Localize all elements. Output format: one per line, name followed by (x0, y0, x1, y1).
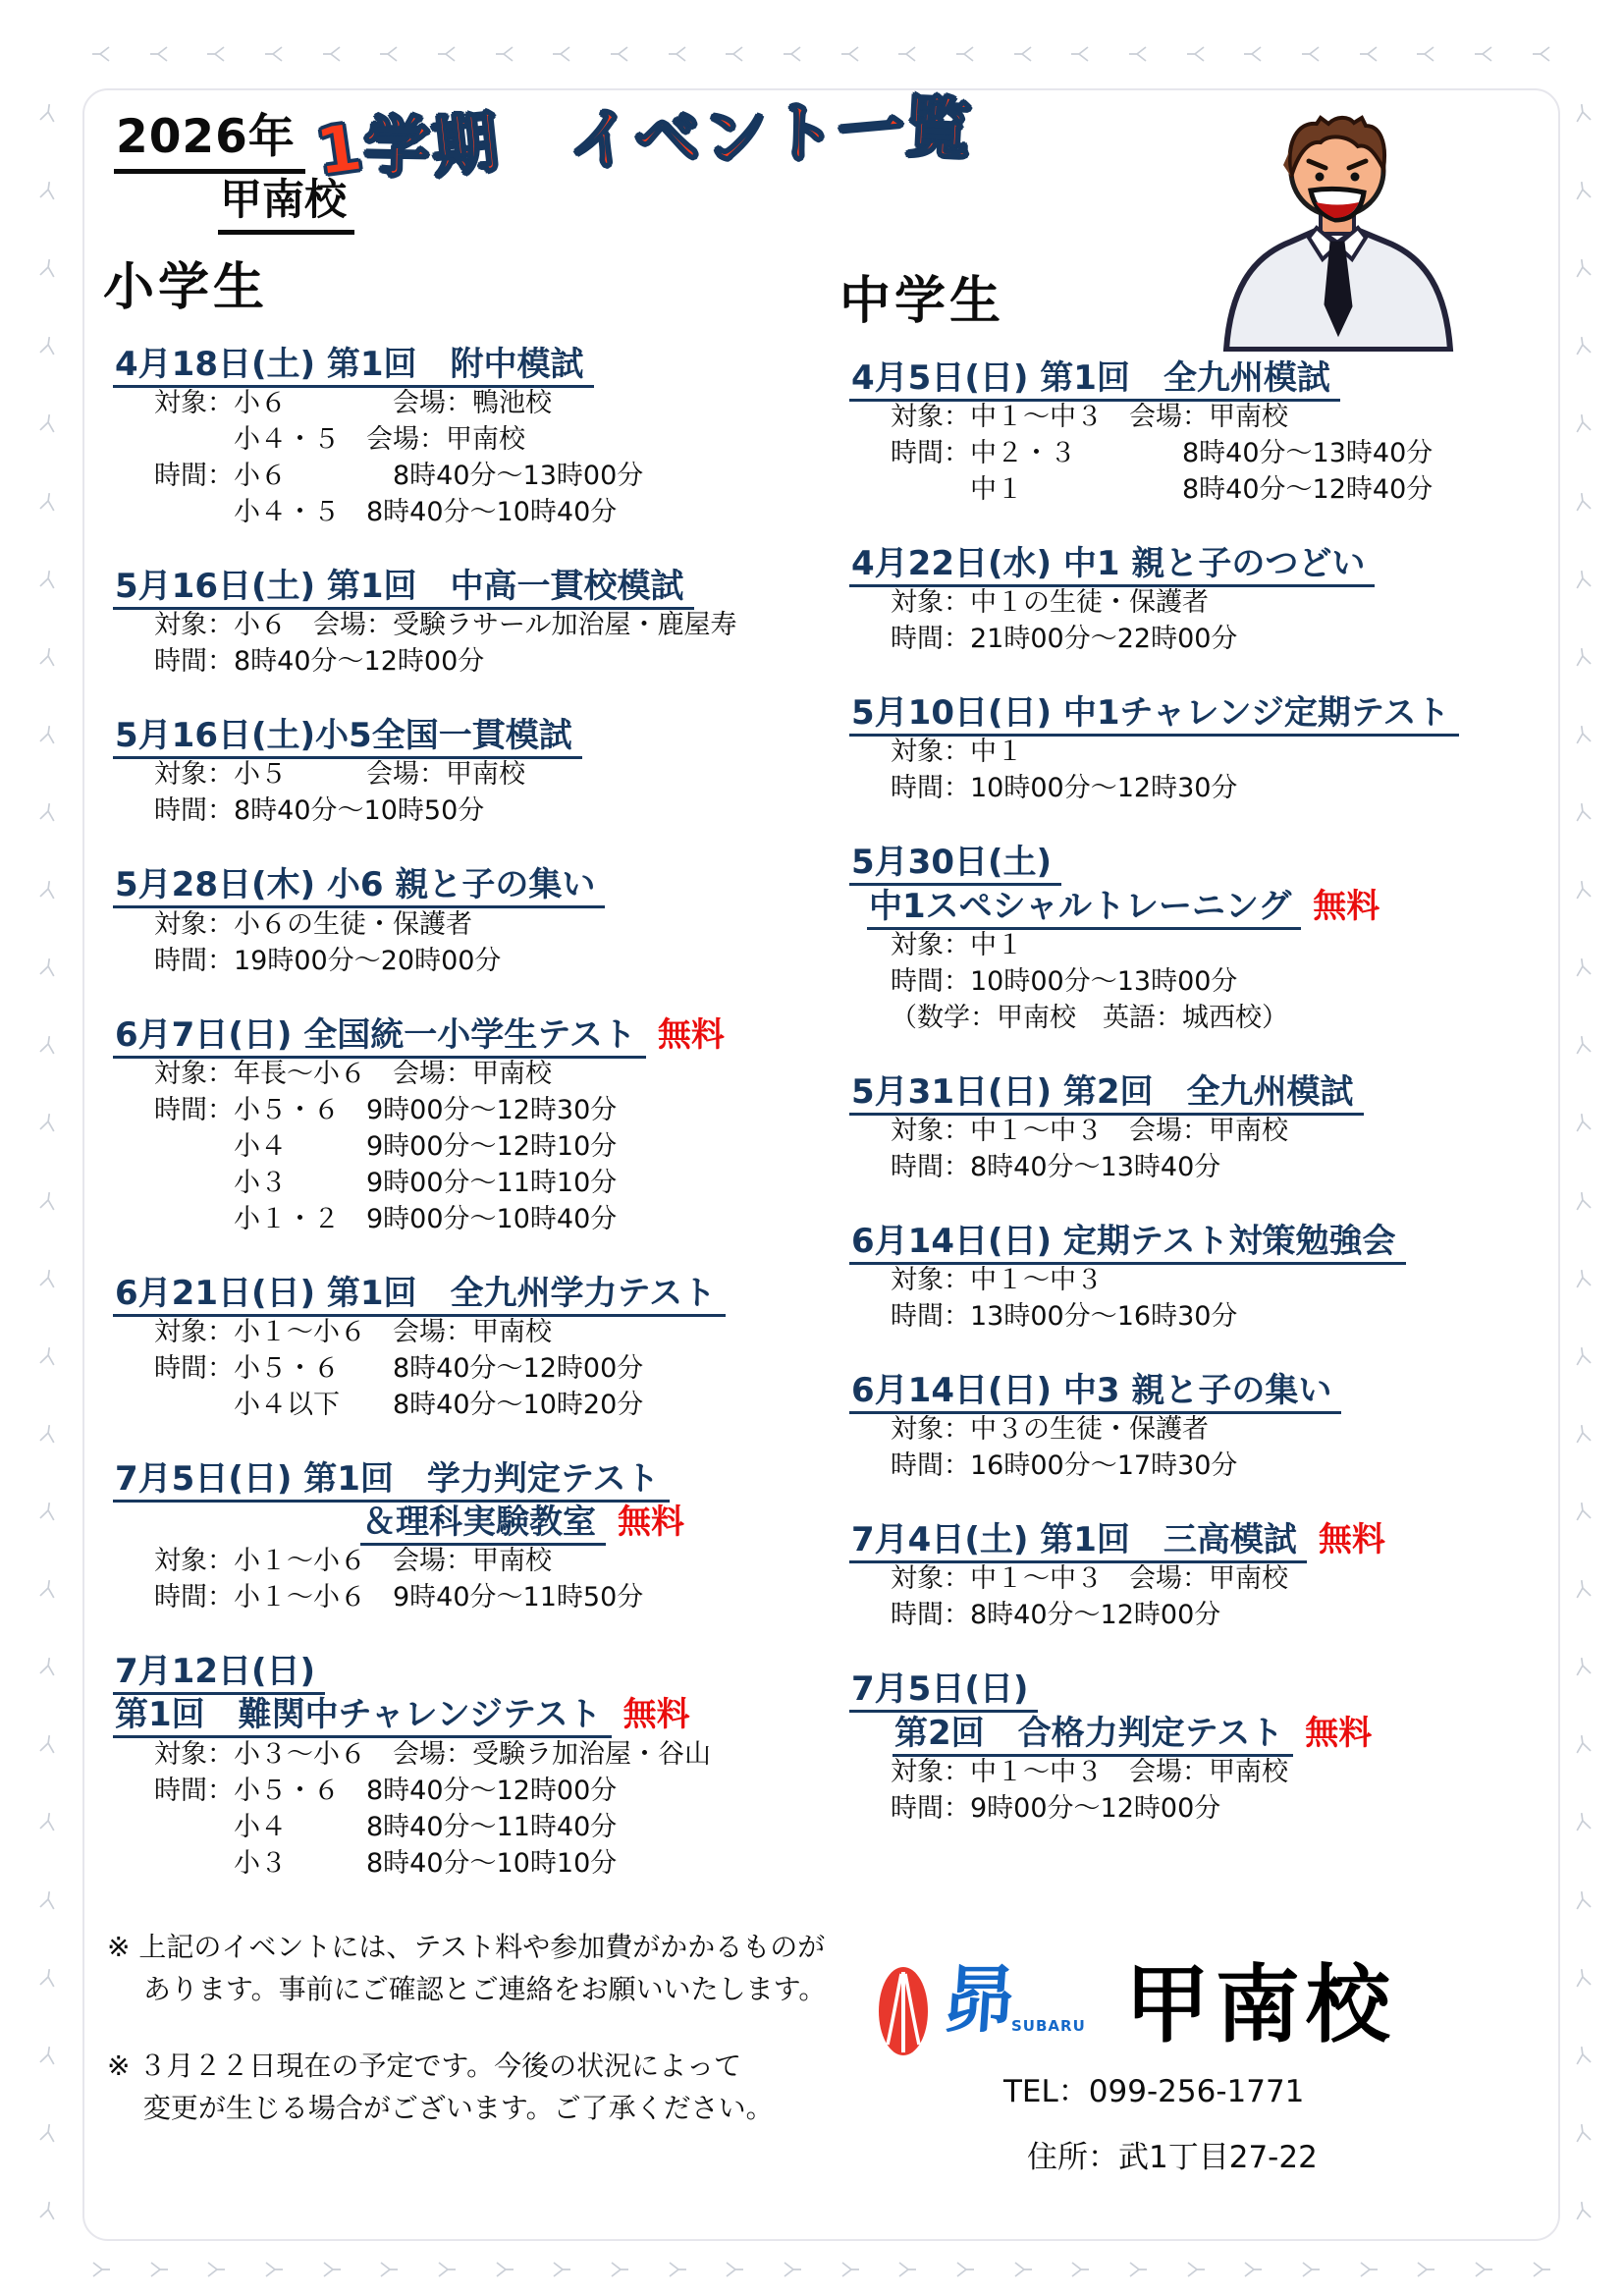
event-title: 4月18日(土) 第1回 附中模試 (113, 343, 830, 386)
decor-mark (1572, 801, 1594, 823)
title-char: ン (697, 79, 778, 181)
event-detail: 時間：21時00分～22時00分 (830, 622, 1539, 658)
decor-mark (1185, 43, 1207, 65)
event-title: 5月16日(土)小5全国一貫模試 (113, 714, 830, 757)
decor-mark (37, 1733, 59, 1755)
free-badge: 無料 (1313, 887, 1380, 926)
event-title: 4月22日(水) 中1 親と子のつどい (849, 542, 1539, 585)
event-detail: 時間：8時40分～13時40分 (830, 1150, 1539, 1186)
event-title-text: 6月21日(日) 第1回 全九州学力テスト (113, 1274, 726, 1317)
decor-mark (37, 646, 59, 668)
decor-mark (321, 43, 343, 65)
event: 5月30日(土)中1スペシャルトレーニング無料対象：中１時間：10時00分～13… (830, 841, 1539, 1036)
event-title: 6月14日(日) 定期テスト対策勉強会 (849, 1220, 1539, 1263)
decor-mark (205, 2259, 227, 2280)
title-char: 1 (311, 109, 369, 191)
decor-mark (1572, 957, 1594, 978)
decor-mark (1415, 43, 1436, 65)
event-title-text: 7月12日(日) (113, 1652, 325, 1695)
event-detail: 小４・５ 8時40分～10時40分 (93, 495, 830, 531)
school-name: 甲南校 (1125, 1966, 1396, 2047)
decor-mark (551, 2259, 572, 2280)
event-title-text: 4月5日(日) 第1回 全九州模試 (849, 358, 1340, 402)
decor-mark (667, 43, 688, 65)
decor-mark (494, 2259, 515, 2280)
event-title-text: 5月30日(土) (849, 843, 1061, 886)
decor-mark (37, 412, 59, 434)
event-title: ＆理科実験教室無料 (113, 1501, 830, 1544)
decor-mark (37, 879, 59, 901)
event-detail: 対象：中１ (830, 735, 1539, 771)
title-char: 一 (835, 76, 910, 175)
subaru-logo-icon (878, 1966, 929, 2056)
decor-mark (37, 1268, 59, 1289)
event-detail: 時間：小５・６ 8時40分～12時00分 (93, 1351, 830, 1388)
event-title-text: 5月10日(日) 中1チャレンジ定期テスト (849, 693, 1459, 737)
event-detail: 対象：小６の生徒・保護者 (93, 907, 830, 944)
event-detail: 時間：10時00分～13時00分 (830, 964, 1539, 1001)
event-detail: 時間：8時40分～10時50分 (93, 793, 830, 830)
decor-mark (205, 43, 227, 65)
event-title-text: 7月5日(日) 第1回 学力判定テスト (113, 1459, 670, 1503)
decor-mark (37, 1501, 59, 1522)
decor-mark (37, 1112, 59, 1133)
event-title: 7月4日(土) 第1回 三高模試無料 (849, 1518, 1539, 1561)
event-detail: 小４・５ 会場：甲南校 (93, 422, 830, 459)
address: 住所：武1丁目27-22 (1027, 2132, 1532, 2176)
decor-mark (1069, 43, 1091, 65)
event-detail: 時間：小５・６ 9時00分～12時30分 (93, 1093, 830, 1129)
event-detail: 中１ 8時40分～12時40分 (830, 472, 1539, 509)
event-title: 5月30日(土) (849, 841, 1539, 884)
title-char: 学 (363, 94, 433, 189)
event-title: 4月5日(日) 第1回 全九州模試 (849, 356, 1539, 400)
decor-mark (37, 1345, 59, 1367)
decor-mark (1572, 491, 1594, 513)
decor-mark (37, 2200, 59, 2221)
event-detail: 小４ 9時00分～12時10分 (93, 1129, 830, 1166)
event-title-text: 6月14日(日) 中3 親と子の集い (849, 1371, 1341, 1414)
decor-mark (724, 43, 745, 65)
footnote: ※ 上記のイベントには、テスト料や参加費がかかるものが あります。事前にご確認と… (107, 1927, 854, 2010)
decor-mark (1572, 180, 1594, 201)
footnote: ※ ３月２２日現在の予定です。今後の状況によって 変更が生じる場合がございます。… (107, 2046, 854, 2129)
footer: ※ 上記のイベントには、テスト料や参加費がかかるものが あります。事前にご確認と… (93, 1927, 1546, 2176)
event-detail: 時間：9時00分～12時00分 (830, 1791, 1539, 1828)
title-char (498, 89, 568, 185)
decor-border-right (1572, 102, 1594, 2221)
free-badge: 無料 (658, 1015, 725, 1055)
event: 6月21日(日) 第1回 全九州学力テスト対象：小１～小６ 会場：甲南校時間：小… (93, 1272, 830, 1424)
decor-mark (896, 43, 918, 65)
decor-mark (436, 2259, 458, 2280)
event-title: 5月16日(土) 第1回 中高一貫校模試 (113, 565, 830, 608)
event-detail: 時間：16時00分～17時30分 (830, 1449, 1539, 1485)
decor-mark (37, 1811, 59, 1832)
event-detail: 対象：中１～中３ 会場：甲南校 (830, 400, 1539, 436)
decor-mark (1012, 2259, 1034, 2280)
decor-mark (37, 1656, 59, 1677)
decor-mark (90, 43, 112, 65)
event-title-text: ＆理科実験教室 (360, 1503, 606, 1546)
decor-mark (436, 43, 458, 65)
decor-border-left (37, 102, 59, 2221)
event-detail: 対象：中１～中３ 会場：甲南校 (830, 1114, 1539, 1150)
title-char: 覧 (903, 75, 976, 171)
decor-mark (37, 257, 59, 279)
event-detail: 対象：中１の生徒・保護者 (830, 585, 1539, 622)
decor-mark (1572, 1889, 1594, 1911)
event-columns: 小学生4月18日(土) 第1回 附中模試対象：小６ 会場：鴨池校 小４・５ 会場… (93, 246, 1542, 1916)
decor-mark (263, 2259, 285, 2280)
event: 6月7日(日) 全国統一小学生テスト無料対象：年長～小６ 会場：甲南校時間：小５… (93, 1013, 830, 1238)
decor-mark (1358, 43, 1380, 65)
event: 7月12日(日)第1回 難関中チャレンジテスト無料対象：小３～小６ 会場：受験ラ… (93, 1650, 830, 1882)
decor-mark (37, 102, 59, 124)
event-detail: 対象：小１～小６ 会場：甲南校 (93, 1544, 830, 1580)
decor-mark (37, 1967, 59, 1989)
event-title-text: 5月16日(土)小5全国一貫模試 (113, 716, 582, 759)
event-detail: 小４ 8時40分～11時40分 (93, 1810, 830, 1846)
event-title-text: 7月5日(日) (849, 1669, 1038, 1713)
free-badge: 無料 (1319, 1520, 1385, 1559)
event-detail: 対象：中１～中３ (830, 1263, 1539, 1299)
free-badge: 無料 (618, 1503, 684, 1542)
event-detail: 小３ 9時00分～11時10分 (93, 1166, 830, 1202)
event-detail: 対象：中１～中３ 会場：甲南校 (830, 1755, 1539, 1791)
event: 7月4日(土) 第1回 三高模試無料対象：中１～中３ 会場：甲南校時間：8時40… (830, 1518, 1539, 1634)
event-detail: 小４以下 8時40分～10時20分 (93, 1388, 830, 1424)
decor-mark (1572, 2122, 1594, 2144)
decor-mark (37, 569, 59, 590)
decor-mark (839, 43, 861, 65)
decor-mark (148, 43, 170, 65)
decor-mark (1415, 2259, 1436, 2280)
decor-mark (782, 2259, 803, 2280)
decor-mark (782, 43, 803, 65)
decor-mark (1572, 1268, 1594, 1289)
event-title-text: 5月31日(日) 第2回 全九州模試 (849, 1072, 1364, 1116)
event: 5月28日(木) 小6 親と子の集い対象：小６の生徒・保護者時間：19時00分～… (93, 863, 830, 979)
event: 7月5日(日) 第1回 学力判定テスト＆理科実験教室無料対象：小１～小６ 会場：… (93, 1457, 830, 1616)
decor-mark (1572, 879, 1594, 901)
event: 4月22日(水) 中1 親と子のつどい対象：中１の生徒・保護者時間：21時00分… (830, 542, 1539, 658)
event: 7月5日(日)第2回 合格力判定テスト無料対象：中１～中３ 会場：甲南校時間：9… (830, 1667, 1539, 1827)
decor-mark (37, 2122, 59, 2144)
free-badge: 無料 (623, 1695, 690, 1734)
decor-mark (609, 43, 630, 65)
column-elementary: 小学生4月18日(土) 第1回 附中模試対象：小６ 会場：鴨池校 小４・５ 会場… (93, 246, 830, 1916)
decor-border-top (90, 43, 1552, 65)
decor-mark (263, 43, 285, 65)
decor-mark (667, 2259, 688, 2280)
decor-mark (1572, 335, 1594, 356)
event-detail: 対象：小３～小６ 会場：受験ラ加治屋・谷山 (93, 1737, 830, 1774)
subaru-kanji: 昴 (941, 1966, 1018, 2035)
event-detail: 時間：中２・３ 8時40分～13時40分 (830, 436, 1539, 472)
decor-mark (1572, 2045, 1594, 2066)
free-badge: 無料 (1305, 1714, 1372, 1753)
school-contact-block: 昴 SUBARU 甲南校 TEL：099-256-1771 住所：武1丁目27-… (854, 1927, 1532, 2176)
decor-mark (1572, 1578, 1594, 1600)
event-detail: 対象：小６ 会場：鴨池校 (93, 386, 830, 422)
footnotes: ※ 上記のイベントには、テスト料や参加費がかかるものが あります。事前にご確認と… (93, 1927, 854, 2176)
decor-mark (37, 801, 59, 823)
column-junior-high: 中学生4月5日(日) 第1回 全九州模試対象：中１～中３ 会場：甲南校時間：中２… (830, 246, 1539, 1916)
decor-mark (37, 491, 59, 513)
event-title: 5月10日(日) 中1チャレンジ定期テスト (849, 691, 1539, 735)
event: 4月18日(土) 第1回 附中模試対象：小６ 会場：鴨池校 小４・５ 会場：甲南… (93, 343, 830, 531)
decor-mark (1242, 2259, 1264, 2280)
decor-mark (1531, 43, 1552, 65)
decor-mark (37, 1423, 59, 1445)
decor-mark (1127, 43, 1149, 65)
event-detail: 対象：中１ (830, 928, 1539, 964)
event-detail: 時間：小６ 8時40分～13時00分 (93, 459, 830, 495)
decor-mark (1069, 2259, 1091, 2280)
page-title: 1学期 イベント一覧 (315, 75, 976, 191)
decor-mark (321, 2259, 343, 2280)
event-title-text: 4月18日(土) 第1回 附中模試 (113, 345, 594, 388)
decor-mark (378, 43, 400, 65)
event-detail: 時間：8時40分～12時00分 (830, 1598, 1539, 1634)
event-detail: 時間：小５・６ 8時40分～12時00分 (93, 1774, 830, 1810)
event-title: 6月21日(日) 第1回 全九州学力テスト (113, 1272, 830, 1315)
title-char: イ (562, 84, 640, 186)
event-detail: 対象：年長～小６ 会場：甲南校 (93, 1057, 830, 1093)
event: 5月31日(日) 第2回 全九州模試対象：中１～中３ 会場：甲南校時間：8時40… (830, 1070, 1539, 1186)
decor-mark (37, 724, 59, 745)
event: 5月16日(土) 第1回 中高一貫校模試対象：小６ 会場：受験ラサール加治屋・鹿… (93, 565, 830, 681)
decor-mark (1185, 2259, 1207, 2280)
event-detail: 対象：小１～小６ 会場：甲南校 (93, 1315, 830, 1351)
event-detail: 時間：13時00分～16時30分 (830, 1299, 1539, 1336)
event-title-text: 第1回 難関中チャレンジテスト (113, 1695, 612, 1738)
event-flyer-page: 2026年 甲南校 1学期 イベント一覧 (0, 0, 1623, 2296)
event-title: 7月5日(日) 第1回 学力判定テスト (113, 1457, 830, 1501)
decor-mark (1572, 1733, 1594, 1755)
decor-mark (1572, 412, 1594, 434)
decor-mark (37, 957, 59, 978)
decor-mark (1242, 43, 1264, 65)
decor-mark (1300, 43, 1322, 65)
event-detail: 時間：8時40分～12時00分 (93, 644, 830, 681)
subaru-latin: SUBARU (1011, 2017, 1086, 2035)
event: 6月14日(日) 中3 親と子の集い対象：中３の生徒・保護者時間：16時00分～… (830, 1369, 1539, 1485)
decor-mark (1473, 2259, 1494, 2280)
event-detail: 小１・２ 9時00分～10時40分 (93, 1202, 830, 1238)
event-title: 5月31日(日) 第2回 全九州模試 (849, 1070, 1539, 1114)
decor-mark (1572, 724, 1594, 745)
event-title-text: 5月28日(木) 小6 親と子の集い (113, 865, 605, 908)
event-title: 6月7日(日) 全国統一小学生テスト無料 (113, 1013, 830, 1057)
event: 6月14日(日) 定期テスト対策勉強会対象：中１～中３時間：13時00分～16時… (830, 1220, 1539, 1336)
decor-mark (1572, 1345, 1594, 1367)
event-title-text: 4月22日(水) 中1 親と子のつどい (849, 544, 1375, 587)
event-detail: 時間：10時00分～12時30分 (830, 771, 1539, 807)
event: 5月10日(日) 中1チャレンジ定期テスト対象：中１時間：10時00分～12時3… (830, 691, 1539, 807)
decor-mark (1572, 646, 1594, 668)
event-title-text: 第2回 合格力判定テスト (893, 1714, 1293, 1757)
event-detail: 時間：19時00分～20時00分 (93, 944, 830, 980)
event-detail: 対象：小５ 会場：甲南校 (93, 757, 830, 793)
decor-mark (1572, 1034, 1594, 1056)
event-title: 第2回 合格力判定テスト無料 (849, 1712, 1539, 1755)
event-title-text: 中1スペシャルトレーニング (867, 887, 1301, 930)
event-title-text: 6月7日(日) 全国統一小学生テスト (113, 1015, 646, 1059)
decor-mark (551, 43, 572, 65)
decor-mark (37, 180, 59, 201)
section-heading: 中学生 (839, 259, 1539, 333)
decor-mark (37, 1034, 59, 1056)
decor-mark (1012, 43, 1034, 65)
decor-mark (1572, 1423, 1594, 1445)
decor-mark (37, 1578, 59, 1600)
decor-mark (1572, 2200, 1594, 2221)
decor-mark (724, 2259, 745, 2280)
title-char: ト (770, 81, 839, 175)
decor-mark (37, 1889, 59, 1911)
decor-mark (1531, 2259, 1552, 2280)
decor-mark (1572, 1811, 1594, 1832)
event-title: 中1スペシャルトレーニング無料 (849, 885, 1539, 928)
decor-mark (1572, 1112, 1594, 1133)
decor-border-bottom (90, 2259, 1552, 2280)
decor-mark (1572, 1501, 1594, 1522)
event: 4月5日(日) 第1回 全九州模試対象：中１～中３ 会場：甲南校時間：中２・３ … (830, 356, 1539, 509)
decor-mark (1572, 1967, 1594, 1989)
event-detail: 小３ 8時40分～10時10分 (93, 1846, 830, 1883)
decor-mark (954, 43, 976, 65)
decor-mark (1572, 257, 1594, 279)
decor-mark (1572, 1190, 1594, 1212)
title-char: 期 (427, 89, 505, 190)
decor-mark (609, 2259, 630, 2280)
decor-mark (37, 1190, 59, 1212)
event: 5月16日(土)小5全国一貫模試対象：小５ 会場：甲南校時間：8時40分～10時… (93, 714, 830, 830)
event-detail: （数学：甲南校 英語：城西校） (830, 1001, 1539, 1037)
year-label: 2026年 (114, 100, 305, 174)
event-detail: 対象：中１～中３ 会場：甲南校 (830, 1561, 1539, 1598)
event-detail: 時間：小１～小６ 9時40分～11時50分 (93, 1580, 830, 1616)
decor-mark (37, 335, 59, 356)
decor-mark (1127, 2259, 1149, 2280)
event-detail: 対象：中３の生徒・保護者 (830, 1412, 1539, 1449)
event-title: 7月12日(日) (113, 1650, 830, 1693)
event-detail: 対象：小６ 会場：受験ラサール加治屋・鹿屋寿 (93, 608, 830, 644)
section-heading: 小学生 (103, 246, 830, 319)
phone-number: TEL：099-256-1771 (1003, 2066, 1532, 2110)
event-title-text: 6月14日(日) 定期テスト対策勉強会 (849, 1222, 1406, 1265)
event-title: 5月28日(木) 小6 親と子の集い (113, 863, 830, 906)
decor-mark (1300, 2259, 1322, 2280)
decor-mark (494, 43, 515, 65)
decor-mark (896, 2259, 918, 2280)
event-title-text: 7月4日(土) 第1回 三高模試 (849, 1520, 1307, 1563)
decor-mark (378, 2259, 400, 2280)
decor-mark (1572, 1656, 1594, 1677)
event-title: 第1回 難関中チャレンジテスト無料 (113, 1693, 830, 1736)
decor-mark (954, 2259, 976, 2280)
decor-mark (1572, 569, 1594, 590)
decor-mark (90, 2259, 112, 2280)
decor-mark (148, 2259, 170, 2280)
decor-mark (839, 2259, 861, 2280)
decor-mark (1473, 43, 1494, 65)
decor-mark (37, 2045, 59, 2066)
decor-mark (1358, 2259, 1380, 2280)
event-title: 7月5日(日) (849, 1667, 1539, 1711)
title-char: ベ (633, 84, 704, 180)
decor-mark (1572, 102, 1594, 124)
event-title-text: 5月16日(土) 第1回 中高一貫校模試 (113, 567, 694, 610)
event-title: 6月14日(日) 中3 親と子の集い (849, 1369, 1539, 1412)
